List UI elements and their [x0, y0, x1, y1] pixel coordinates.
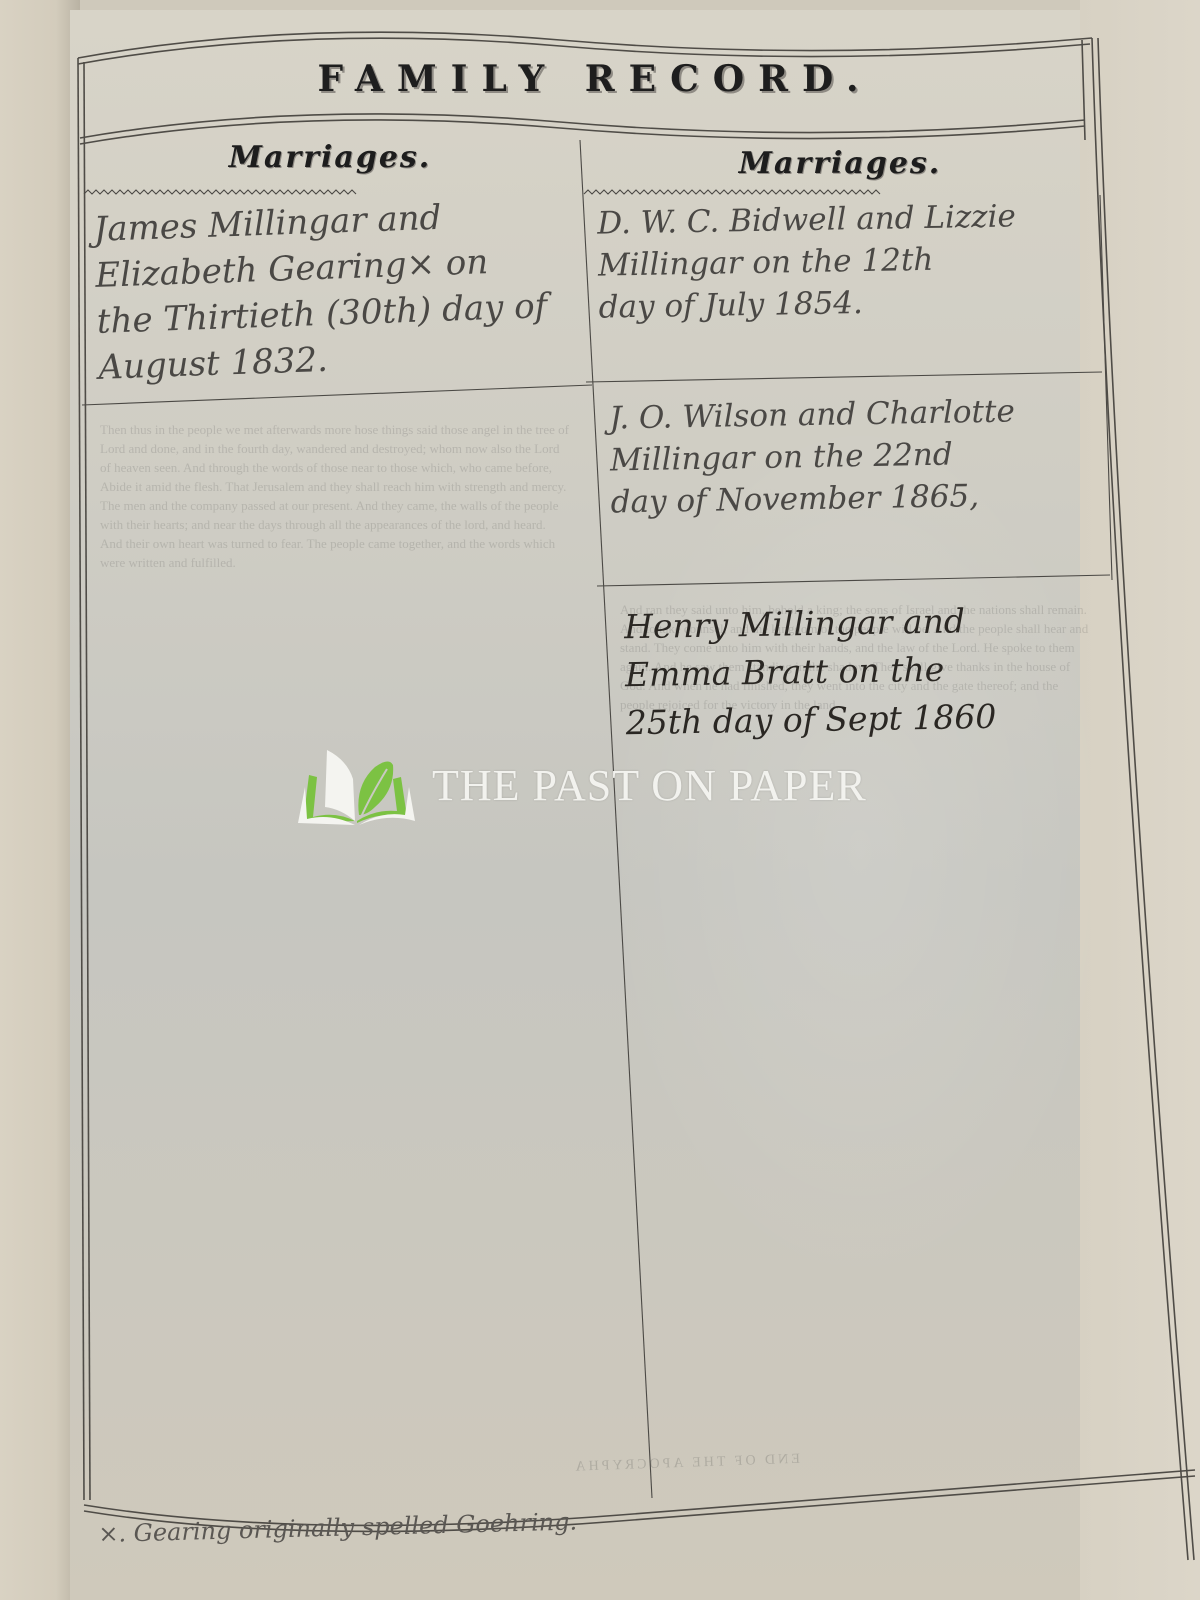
entry-line: Millingar on the 22nd [610, 433, 1016, 482]
entry-line: J. O. Wilson and Charlotte [609, 391, 1015, 440]
entry-line: Henry Millingar and [624, 597, 995, 651]
column-heading-left: Marriages. [80, 140, 580, 190]
marriage-entry-henry-emma: Henry Millingar and Emma Bratt on the 25… [624, 597, 997, 747]
watermark: THE PAST ON PAPER [295, 745, 867, 825]
page-title: FAMILY RECORD. [80, 58, 1110, 100]
entry-line: Emma Bratt on the [625, 645, 996, 699]
marriage-entry-james-elizabeth: James Millingar and Elizabeth Gearing× o… [93, 192, 550, 391]
marriage-entry-wilson-charlotte: J. O. Wilson and Charlotte Millingar on … [609, 391, 1017, 524]
entry-line: D. W. C. Bidwell and Lizzie [597, 196, 1016, 245]
entry-line: Millingar on the 12th [598, 238, 1017, 287]
column-heading-right: Marriages. [585, 146, 1095, 196]
entry-line: day of July 1854. [598, 280, 1017, 329]
entry-line: day of November 1865, [610, 475, 1016, 524]
marriage-entry-bidwell-lizzie: D. W. C. Bidwell and Lizzie Millingar on… [597, 196, 1018, 329]
watermark-text: THE PAST ON PAPER [432, 760, 867, 811]
entry-line: 25th day of Sept 1860 [625, 692, 996, 746]
open-book-leaf-icon [295, 745, 420, 825]
